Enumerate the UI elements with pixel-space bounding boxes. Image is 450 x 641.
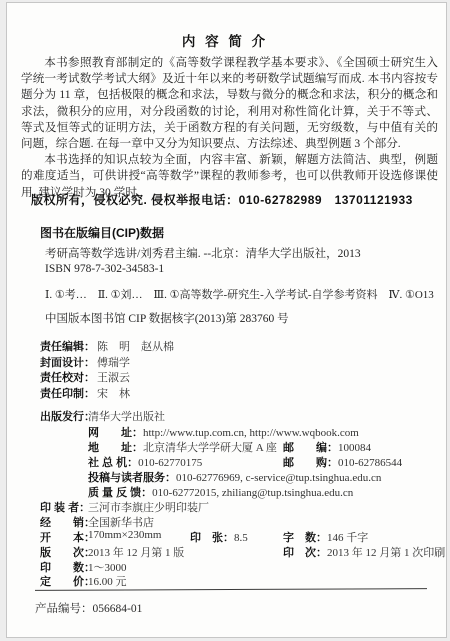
- cip-title-line: 考研高等数学选讲/刘秀君主编. --北京：清华大学出版社，2013: [45, 245, 361, 261]
- website-label: 网 址：: [88, 427, 143, 439]
- intro-title: 内 容 简 介: [0, 30, 450, 50]
- staff-value: 王淑云: [97, 372, 130, 384]
- publisher-address-row: 地 址：北京清华大学学研大厦 A 座 邮 编：100084: [0, 439, 450, 454]
- mailorder-label: 邮 购：: [283, 457, 338, 469]
- publisher-label: 出版发行：: [40, 408, 95, 424]
- feedback-label: 质 量 反 馈：: [88, 487, 152, 499]
- sheets-label: 印 张：: [190, 532, 234, 544]
- publisher-row: 出版发行： 清华大学出版社: [0, 408, 450, 423]
- staff-row-print-supervisor: 责任印制：宋 林: [40, 387, 174, 403]
- format-label: 开 本：: [40, 529, 95, 545]
- distributor-value: 全国新华书店: [88, 514, 154, 530]
- zip-value: 100084: [338, 442, 371, 454]
- publisher-switchboard-row: 社 总 机：010-62770175 邮 购：010-62786544: [0, 454, 450, 469]
- printrun-row: 印 数： 1～3000: [0, 559, 450, 574]
- staff-value: 陈 明 赵从棉: [97, 341, 174, 353]
- edition-value: 2013 年 12 月第 1 版: [88, 544, 184, 560]
- wordcount-value: 146 千字: [327, 532, 368, 544]
- copyright-notice: 版权所有，侵权必究. 侵权举报电话：010-62782989 137011219…: [31, 191, 413, 208]
- cip-isbn-line: ISBN 978-7-302-34583-1: [45, 263, 164, 275]
- staff-label: 责任编辑：: [40, 341, 95, 353]
- service-value: 010-62776969, c-service@tup.tsinghua.edu…: [176, 472, 381, 484]
- product-code: 产品编号：056684-01: [35, 600, 142, 616]
- price-value: 16.00 元: [88, 573, 127, 589]
- zip-label: 邮 编：: [283, 442, 338, 454]
- copyright-page-content: 内 容 简 介 本书参照教育部制定的《高等数学课程教学基本要求》、《全国硕士研究…: [0, 0, 450, 641]
- distributor-row: 经 销： 全国新华书店: [0, 514, 450, 529]
- printer-value: 三河市李旗庄少明印装厂: [88, 499, 209, 515]
- sheets-value: 8.5: [234, 532, 248, 544]
- edition-row: 版 次： 2013 年 12 月第 1 版 印 次：2013 年 12 月第 1…: [0, 544, 450, 559]
- staff-row-editor: 责任编辑：陈 明 赵从棉: [40, 340, 174, 356]
- price-label: 定 价：: [40, 573, 95, 589]
- wordcount-label: 字 数：: [283, 532, 327, 544]
- format-value: 170mm×230mm: [88, 529, 161, 541]
- staff-label: 责任校对：: [40, 372, 95, 384]
- printer-label: 印 装 者：: [40, 499, 90, 515]
- feedback-value: 010-62772015, zhiliang@tup.tsinghua.edu.…: [152, 487, 353, 499]
- mailorder-value: 010-62786544: [338, 457, 402, 469]
- price-row: 定 价： 16.00 元: [0, 573, 450, 588]
- website-value: http://www.tup.com.cn, http://www.wqbook…: [143, 427, 359, 439]
- staff-label: 封面设计：: [40, 357, 95, 369]
- switchboard-label: 社 总 机：: [88, 457, 138, 469]
- quality-feedback-row: 质 量 反 馈：010-62772015, zhiliang@tup.tsing…: [0, 484, 450, 499]
- staff-value: 宋 林: [97, 388, 130, 400]
- cip-classification-line: Ⅰ. ①考… Ⅱ. ①刘… Ⅲ. ①高等数学-研究生-入学考试-自学参考资料 Ⅳ…: [45, 286, 435, 302]
- staff-label: 责任印制：: [40, 388, 95, 400]
- impression-value: 2013 年 12 月第 1 次印刷: [327, 547, 445, 559]
- staff-value: 傅瑞学: [97, 357, 130, 369]
- publisher-website-row: 网 址：http://www.tup.com.cn, http://www.wq…: [0, 424, 450, 439]
- cip-record-line: 中国版本图书馆 CIP 数据核字(2013)第 283760 号: [45, 310, 289, 326]
- address-label: 地 址：: [88, 442, 143, 454]
- distributor-label: 经 销：: [40, 514, 95, 530]
- cip-header: 图书在版编目(CIP)数据: [40, 224, 164, 241]
- intro-section: 本书参照教育部制定的《高等数学课程教学基本要求》、《全国硕士研究生入学统一考试数…: [21, 55, 438, 201]
- publisher-name: 清华大学出版社: [88, 408, 165, 424]
- impression-label: 印 次：: [283, 547, 327, 559]
- format-row: 开 本： 170mm×230mm 印 张：8.5 字 数：146 千字: [0, 529, 450, 544]
- edition-label: 版 次：: [40, 544, 95, 560]
- staff-credits: 责任编辑：陈 明 赵从棉 封面设计：傅瑞学 责任校对：王淑云 责任印制：宋 林: [40, 340, 174, 402]
- reader-service-row: 投稿与读者服务：010-62776969, c-service@tup.tsin…: [0, 469, 450, 484]
- switchboard-value: 010-62770175: [138, 457, 202, 469]
- address-value: 北京清华大学学研大厦 A 座: [143, 442, 277, 454]
- service-label: 投稿与读者服务：: [88, 472, 176, 484]
- printer-row: 印 装 者： 三河市李旗庄少明印装厂: [0, 499, 450, 514]
- staff-row-proofreader: 责任校对：王淑云: [40, 371, 174, 387]
- intro-paragraph-1: 本书参照教育部制定的《高等数学课程教学基本要求》、《全国硕士研究生入学统一考试数…: [21, 55, 438, 152]
- staff-row-cover-design: 封面设计：傅瑞学: [40, 356, 174, 372]
